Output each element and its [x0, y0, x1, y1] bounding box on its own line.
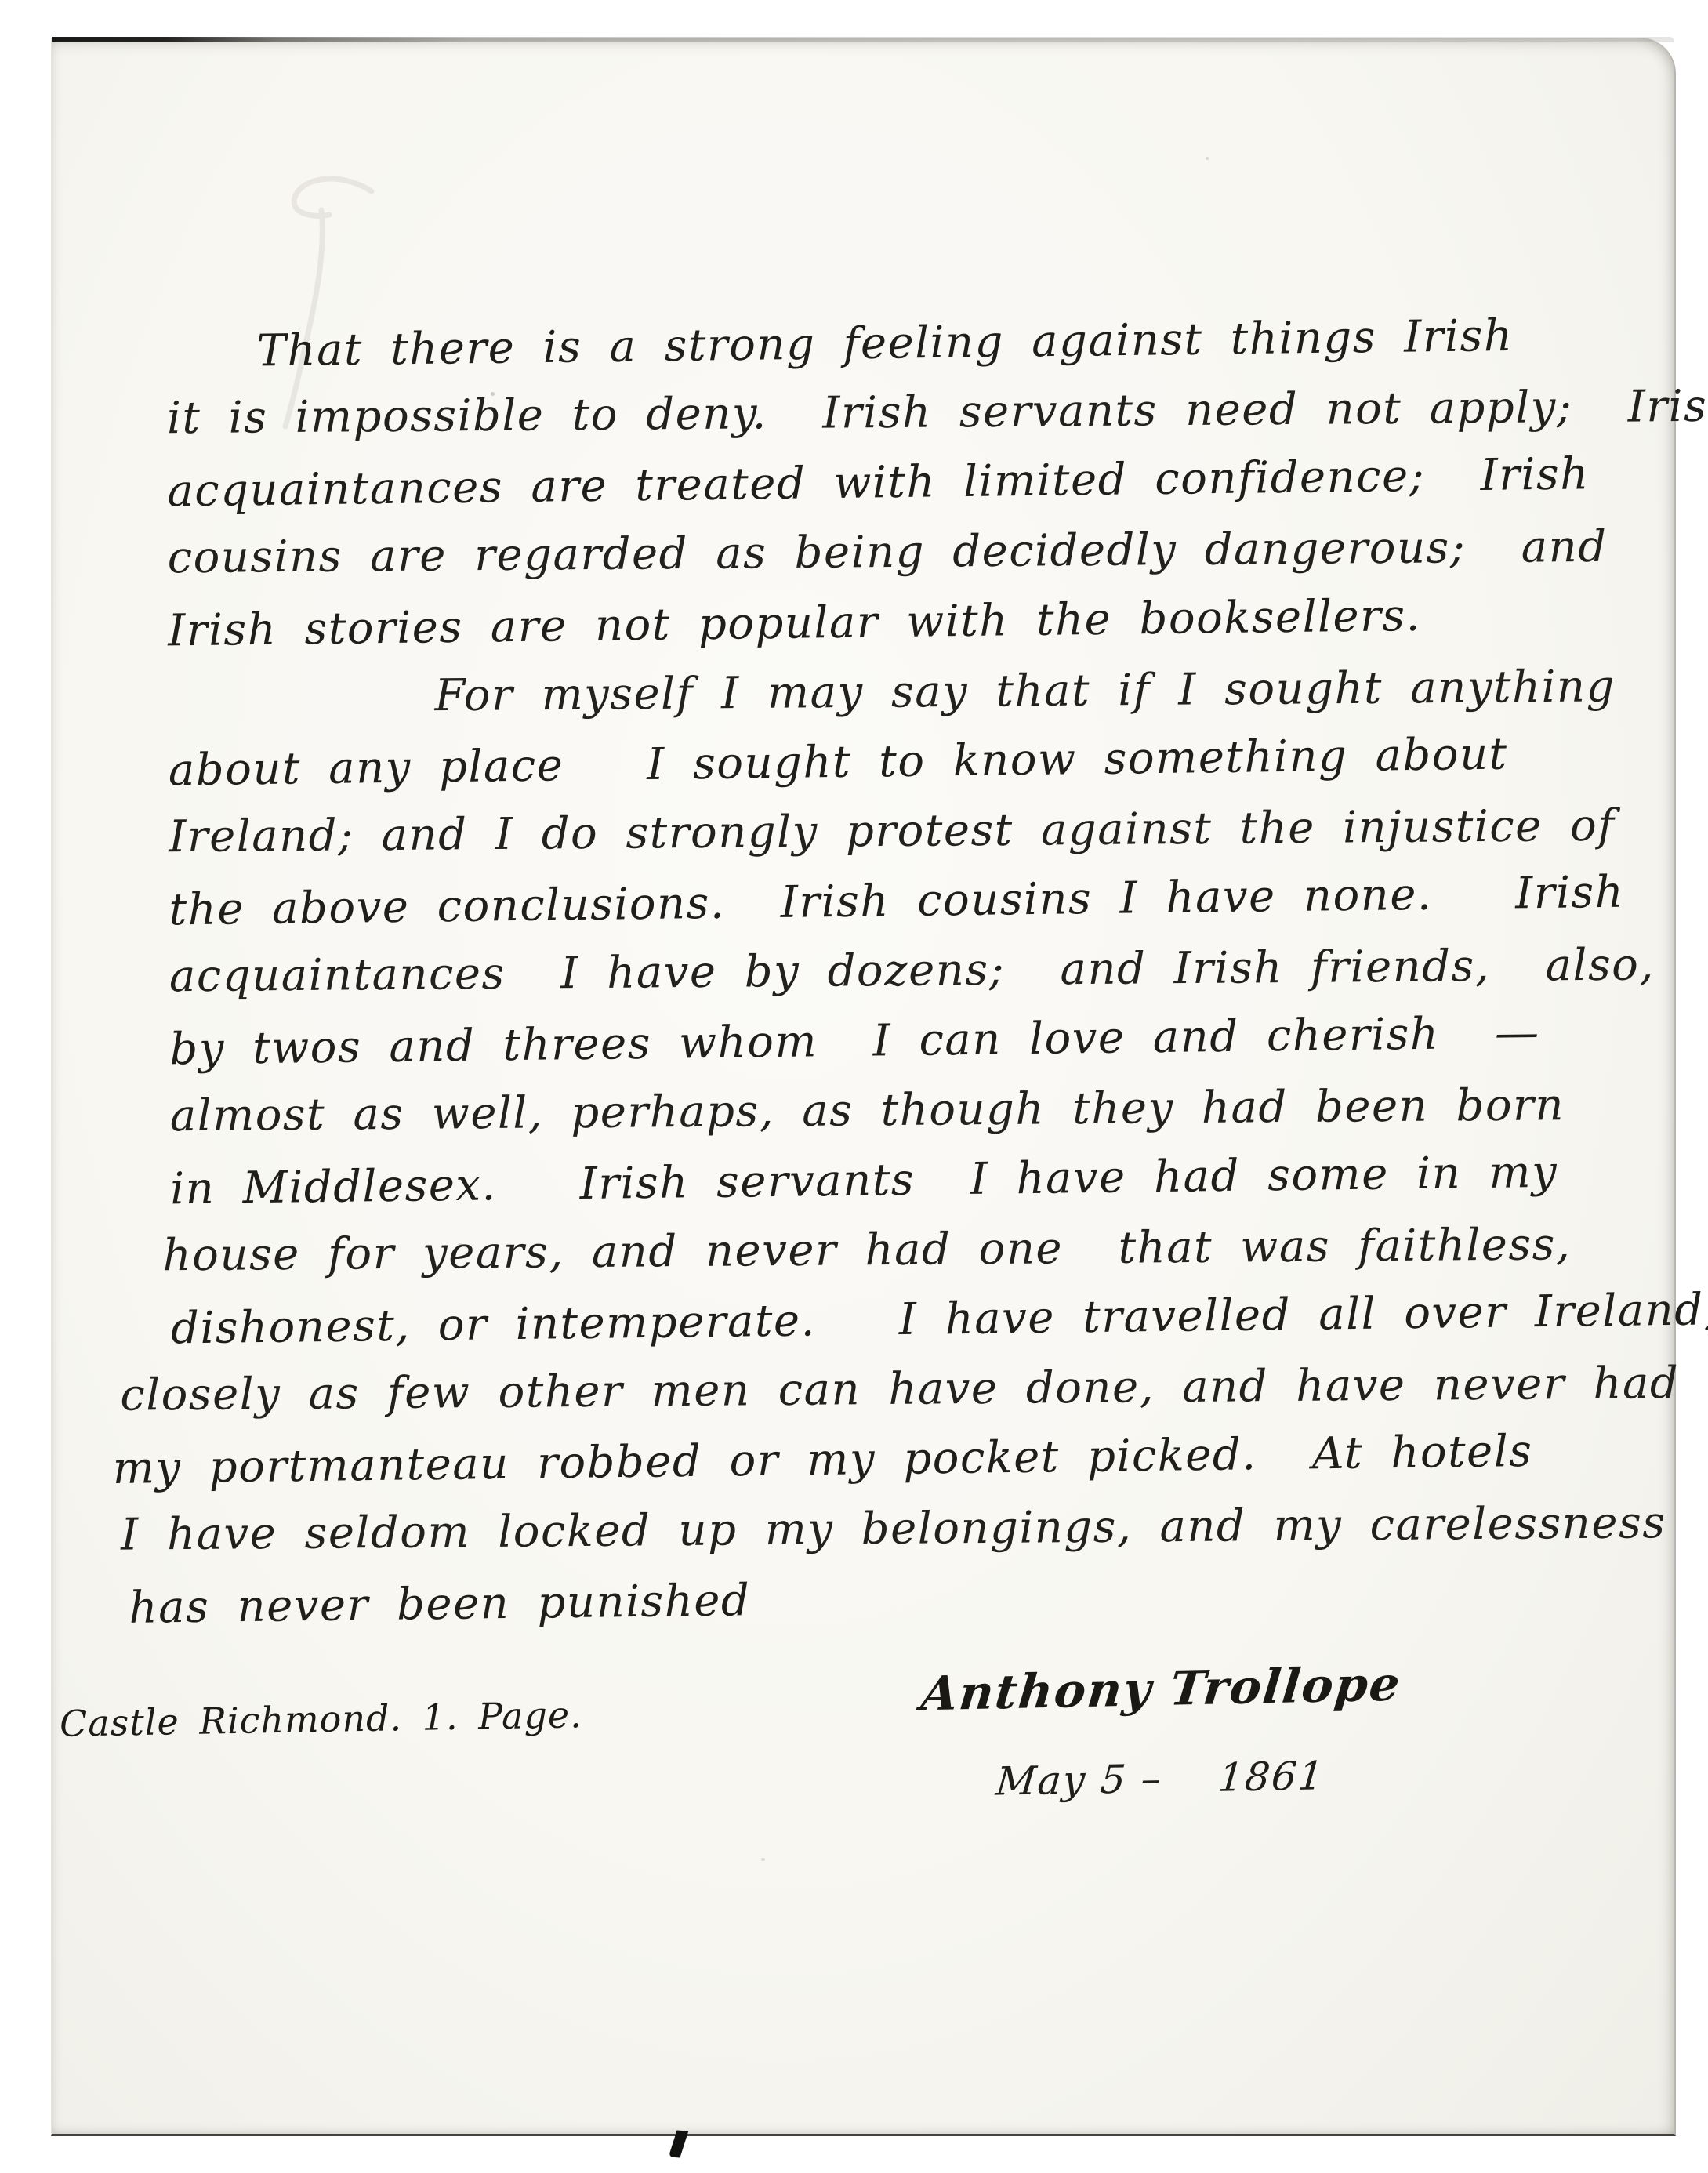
work-reference-caption: Castle Richmond. 1. Page. — [60, 1693, 583, 1745]
paper-speck — [761, 1858, 765, 1861]
paper-bottom-tear — [669, 2131, 689, 2158]
paper-top-edge — [52, 37, 1674, 42]
manuscript-text-block: That there is a strong feeling against t… — [49, 304, 1677, 1637]
manuscript-page: That there is a strong feeling against t… — [51, 38, 1676, 2136]
author-signature: Anthony Trollope — [919, 1657, 1404, 1722]
manuscript-date: May 5 – 1861 — [994, 1753, 1326, 1804]
paper-speck — [1206, 157, 1209, 160]
photograph-background: That there is a strong feeling against t… — [0, 0, 1708, 2173]
